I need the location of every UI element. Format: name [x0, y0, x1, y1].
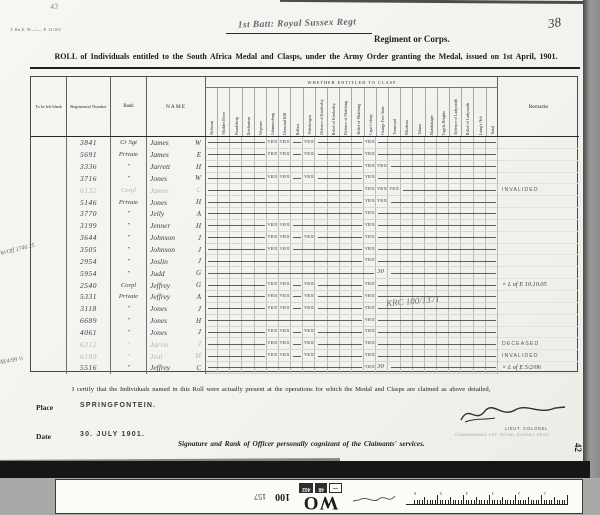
yes-stamp: YES — [267, 306, 277, 311]
regimental-number-cell: 3841 — [67, 137, 111, 149]
clasp-column-header-text: Orange Free State — [380, 106, 385, 135]
regimental-number-cell: 5954 — [67, 267, 111, 279]
ruler-tick — [538, 500, 539, 504]
nil-strike-line — [378, 154, 496, 155]
nil-strike-line — [378, 213, 496, 214]
clasp-cell: YES — [267, 338, 279, 349]
regimental-number-cell: 5516 — [67, 362, 111, 374]
archive-strip-rotated-content: 123456 WO — 48402 100 157 — [56, 480, 582, 513]
clasp-cell: YES — [267, 303, 279, 314]
remark-hand: × L of E 5/2/06 — [502, 364, 541, 371]
remarks-cell — [498, 149, 579, 161]
regimental-number: 6132 — [80, 186, 97, 195]
clasp-column-header: Driefontein — [243, 88, 255, 136]
clasp-cell: YES — [267, 137, 279, 148]
ruler-tick — [455, 500, 456, 504]
clasp-column-header: Defence of Ladysmith — [450, 88, 462, 136]
yes-stamp: YES — [365, 187, 375, 192]
regimental-number: 5331 — [80, 292, 97, 301]
yes-stamp: YES — [365, 140, 375, 145]
yes-stamp: YES — [279, 152, 289, 157]
ruler-tick — [507, 500, 508, 504]
rank-value: Corpl — [121, 187, 136, 194]
nil-strike-line — [293, 308, 301, 309]
surname: Jarvis — [150, 340, 198, 349]
clasp-cell: YES — [267, 244, 279, 255]
surname: Jeffrey — [150, 363, 196, 372]
surname: Joslin — [150, 257, 198, 266]
clasp-column-header: Orange Free State — [377, 88, 389, 136]
rank-cell: " — [111, 267, 147, 279]
ruler-tick — [513, 500, 514, 504]
scan-right-edge — [583, 0, 600, 515]
ruler-tick — [559, 500, 560, 504]
rank-cell: " — [111, 161, 147, 173]
ruler-tick — [520, 500, 521, 504]
clasp-column-header: Relief of Mafeking — [352, 88, 364, 136]
clasp-cell: YES — [364, 196, 376, 207]
nil-strike-line — [391, 367, 497, 368]
rank-value: Corpl — [121, 282, 136, 289]
handwritten-script-mark — [351, 487, 397, 506]
blank-cell — [31, 161, 67, 173]
surname: Jones — [150, 198, 196, 207]
blank-cell — [31, 220, 67, 232]
yes-stamp: YES — [365, 318, 375, 323]
table-row: 6212"JarvisJYESYESYESYESDECEASED — [31, 338, 579, 350]
wo-box-number: 402 — [299, 483, 313, 493]
nil-strike-line — [208, 249, 265, 250]
folio-number: 38 — [547, 14, 563, 32]
ruler-tick — [526, 500, 527, 504]
ruler-tick — [500, 500, 501, 504]
clasp-column-header-text: Natal — [490, 126, 495, 135]
rank-cell: " — [111, 173, 147, 185]
clasp-cell: YES — [364, 208, 376, 219]
initial: H — [196, 317, 205, 325]
nil-strike-line — [208, 178, 265, 179]
name-cell: JonesH — [147, 196, 206, 208]
clasp-column-header-text: Relief of Mafeking — [356, 104, 361, 135]
initial: C — [196, 186, 205, 194]
clasp-column-header: Cape Colony — [365, 88, 377, 136]
clasp-cell: YES — [364, 255, 376, 266]
remark-stamp: DECEASED — [502, 341, 539, 347]
yes-stamp: YES — [304, 329, 314, 334]
ruler-number: 2 — [518, 491, 520, 496]
remarks-cell: INVALIDED — [498, 184, 579, 196]
regiment-underline — [226, 33, 372, 34]
blank-cell — [31, 184, 67, 196]
name-cell: JonesJ — [147, 303, 206, 315]
yes-stamp: YES — [389, 187, 399, 192]
clasp-cell: YES — [364, 350, 376, 361]
rank-value: " — [127, 353, 130, 360]
nil-strike-line — [293, 225, 362, 226]
initial: A — [197, 293, 205, 301]
clasp-grid-cell: YESYESYESYES — [206, 173, 498, 185]
ruler-tick — [427, 500, 428, 504]
regimental-number-cell: 6189 — [67, 350, 111, 362]
clasp-cell: YES — [364, 244, 376, 255]
ruler-tick — [531, 500, 532, 504]
rank-cell: " — [111, 244, 147, 256]
nil-strike-line — [318, 142, 363, 143]
remarks-cell — [498, 220, 579, 232]
surname: Jeffrey — [150, 281, 196, 290]
rank-cell: Private — [111, 196, 147, 208]
name-cell: JonesH — [147, 315, 206, 327]
clasp-cell: YES — [364, 315, 376, 326]
yes-stamp: YES — [279, 306, 289, 311]
clasp-column-header-text: Laing's Nek — [478, 116, 483, 135]
nil-strike-line — [293, 142, 301, 143]
blank-cell — [31, 149, 67, 161]
clasp-cell: YES — [279, 303, 291, 314]
yes-stamp: YES — [304, 235, 314, 240]
yes-stamp: YES — [365, 164, 375, 169]
remarks-cell: × L of E 10.10.05 — [498, 279, 579, 291]
yes-stamp: YES — [304, 353, 314, 358]
yes-stamp: YES — [377, 164, 387, 169]
clasp-column-header-text: Talana — [417, 124, 422, 135]
clasp-cell: YES — [267, 220, 279, 231]
clasp-column-header: Rhodesia — [401, 88, 413, 136]
clasp-column-header: Paardeberg — [230, 88, 242, 136]
clasp-column-header-text: Rhodesia — [404, 120, 409, 135]
clasp-column-header-text: Johannesburg — [270, 113, 275, 135]
nil-strike-line — [378, 320, 496, 321]
clasp-grid-cell: YESYESYESYES — [206, 291, 498, 303]
wo-reference-group: WO — 48402 — [299, 483, 342, 510]
surname: Jarrett — [150, 162, 196, 171]
officer-signature — [455, 398, 570, 426]
remarks-cell — [498, 315, 579, 327]
clasp-cell: YES — [279, 149, 291, 160]
nil-strike-line — [208, 213, 362, 214]
nil-strike-line — [208, 356, 265, 357]
nil-strike-line — [378, 178, 496, 179]
nil-strike-line — [318, 356, 363, 357]
clasp-cell: YES — [303, 303, 315, 314]
ruler-tick — [437, 495, 438, 504]
table-row: 5331PrivateJeffreyAYESYESYESYES — [31, 291, 579, 303]
yes-stamp: YES — [279, 140, 289, 145]
ruler-tick — [430, 500, 431, 504]
nil-strike-line — [293, 178, 301, 179]
initial: J — [198, 328, 205, 336]
remarks-cell — [498, 196, 579, 208]
ruler-tick — [546, 500, 547, 504]
ruler-tick — [528, 498, 529, 505]
rank-value: " — [127, 175, 130, 182]
rank-value: " — [127, 364, 130, 371]
blank-cell — [31, 208, 67, 220]
rank-value: " — [127, 163, 130, 170]
clasp-cell: YES — [279, 291, 291, 302]
ruler-tick — [476, 498, 477, 505]
yes-stamp: YES — [267, 140, 277, 145]
blank-cell — [31, 362, 67, 374]
blank-cell — [31, 267, 67, 279]
nil-strike-line — [208, 190, 362, 191]
yes-stamp: YES — [304, 306, 314, 311]
remarks-cell — [498, 267, 579, 279]
ruler-tick — [463, 495, 464, 504]
ruler-tick — [497, 500, 498, 504]
clasp-column-header-text: Belmont — [209, 121, 214, 135]
clasp-column-header: Relief of Kimberley — [328, 88, 340, 136]
ruler-tick — [494, 500, 495, 504]
clasp-column-header: Natal — [487, 88, 498, 136]
yes-stamp: YES — [267, 175, 277, 180]
printer-code: T. Bn E, W—/—. P. 11/102 — [10, 27, 61, 32]
initial: J — [198, 340, 205, 348]
signature-squiggle — [455, 398, 570, 426]
ruler-tick — [417, 500, 418, 504]
blank-cell — [31, 137, 67, 149]
name-cell: JohnsonJ — [147, 232, 206, 244]
remark-stamp: INVALIDED — [502, 187, 539, 193]
clasp-column-header-text: Defence of Ladysmith — [453, 99, 458, 135]
nil-strike-line — [378, 249, 496, 250]
clasp-grid-cell: YESYES — [206, 196, 498, 208]
initial: E — [197, 151, 205, 159]
nil-strike-line — [318, 154, 363, 155]
blank-cell — [31, 232, 67, 244]
rank-cell: " — [111, 362, 147, 374]
clasp-column-header-text: Tugela Heights — [441, 111, 446, 135]
regimental-number-cell: 3770 — [67, 208, 111, 220]
blank-cell — [31, 173, 67, 185]
surname: Jeal — [150, 352, 195, 361]
yes-stamp: YES — [304, 294, 314, 299]
yes-stamp: YES — [267, 294, 277, 299]
clasp-cell: YES — [376, 161, 388, 172]
regimental-number-cell: 3505 — [67, 244, 111, 256]
rank-value: " — [127, 222, 130, 229]
ruler-tick — [487, 500, 488, 504]
nil-strike-line — [293, 249, 362, 250]
regimental-number: 5954 — [80, 269, 97, 278]
yes-stamp: YES — [377, 187, 387, 192]
rank-value: " — [127, 317, 130, 324]
regimental-number: 3770 — [80, 209, 97, 218]
blank-cell — [31, 244, 67, 256]
regimental-number-cell: 3644 — [67, 232, 111, 244]
name-cell: JeffreyC — [147, 362, 206, 374]
ruler-tick — [471, 500, 472, 504]
initial: J — [198, 305, 205, 313]
clasp-cell: YES — [267, 173, 279, 184]
nil-strike-line — [208, 237, 265, 238]
regimental-number: 3118 — [80, 304, 96, 313]
name-cell: JamesC — [147, 184, 206, 196]
nil-strike-line — [318, 308, 363, 309]
name-cell: JeffreyA — [147, 291, 206, 303]
nil-strike-line — [293, 237, 301, 238]
yes-stamp: YES — [267, 235, 277, 240]
yes-stamp: YES — [279, 282, 289, 287]
yes-stamp: YES — [365, 341, 375, 346]
date-label: Date — [36, 432, 51, 441]
remarks-cell — [498, 137, 579, 149]
remarks-cell — [498, 232, 579, 244]
ruler-tick — [461, 500, 462, 504]
nil-strike-line — [208, 344, 265, 345]
yes-stamp: YES — [365, 235, 375, 240]
regimental-number-cell: 5331 — [67, 291, 111, 303]
clasp-cell: YES — [279, 244, 291, 255]
nil-strike-line — [378, 237, 496, 238]
officer-commanding-stamp: COMMANDING 1ST. ROYAL SUSSEX REGT. — [455, 432, 550, 437]
ruler-tick — [435, 500, 436, 504]
column-header-blank: To be left blank — [31, 77, 67, 136]
ruler-tick — [448, 500, 449, 504]
ruler-tick — [458, 500, 459, 504]
rank-value: " — [127, 270, 130, 277]
blank-cell — [31, 338, 67, 350]
clasp-cell: YES — [279, 338, 291, 349]
rank-cell: Private — [111, 149, 147, 161]
initial: G — [196, 269, 205, 277]
regimental-number-cell: 3199 — [67, 220, 111, 232]
nil-strike-line — [208, 273, 374, 274]
clasp-grid-cell: YESYESYESYES — [206, 149, 498, 161]
wo-box-blank: — — [329, 483, 342, 493]
clasp-cell: YES — [279, 232, 291, 243]
ruler-number: 1 — [544, 491, 546, 496]
yes-stamp: YES — [304, 152, 314, 157]
regimental-number: 4061 — [80, 328, 97, 337]
clasp-cell: YES — [303, 338, 315, 349]
clasp-column-header: Elandslaagte — [426, 88, 438, 136]
regimental-number-cell: 5691 — [67, 149, 111, 161]
ruler-tick — [445, 500, 446, 504]
nil-strike-line — [378, 344, 496, 345]
remark-stamp: INVALIDED — [502, 353, 539, 359]
clasp-cell: YES — [303, 173, 315, 184]
table-row: 6689"JonesHYES — [31, 315, 579, 327]
rank-cell: " — [111, 303, 147, 315]
ruler-tick — [492, 500, 493, 504]
wo-box-number: 48 — [315, 483, 327, 493]
clasp-cell: YES — [303, 291, 315, 302]
table-row: 3505"JohnsonJYESYESYES — [31, 244, 579, 256]
yes-stamp: YES — [267, 341, 277, 346]
surname: Jeffrey — [150, 292, 197, 301]
rank-value: " — [127, 305, 130, 312]
nil-strike-line — [208, 285, 265, 286]
clasp-column-header-text: Relief of Kimberley — [331, 103, 336, 135]
surname: Johnson — [150, 245, 198, 254]
table-row: 5516"JeffreyCYES30× L of E 5/2/06 — [31, 362, 579, 374]
rank-cell: Corpl — [111, 279, 147, 291]
name-cell: JamesE — [147, 149, 206, 161]
yes-stamp: YES — [365, 329, 375, 334]
clasp-cell: YES — [279, 350, 291, 361]
clasp-cell: YES — [364, 184, 376, 195]
clasp-column-header: Laing's Nek — [474, 88, 486, 136]
yes-stamp: YES — [279, 175, 289, 180]
nil-strike-line — [378, 356, 496, 357]
name-cell: JarvisJ — [147, 338, 206, 350]
nil-strike-line — [208, 154, 265, 155]
clasp-column-header: Wittebergen — [304, 88, 316, 136]
rank-cell: " — [111, 350, 147, 362]
medal-roll-table: To be left blank Regimental Number Rank … — [30, 76, 578, 372]
rank-value: Private — [119, 293, 138, 300]
ruler-tick — [554, 498, 555, 505]
rank-cell: " — [111, 338, 147, 350]
nil-strike-line — [293, 332, 301, 333]
yes-stamp: YES — [279, 329, 289, 334]
clasp-column-header: Tugela Heights — [438, 88, 450, 136]
regimental-number: 2954 — [80, 257, 97, 266]
regimental-number: 3199 — [80, 221, 97, 230]
clasp-grid-cell: YESYESYES — [206, 244, 498, 256]
nil-strike-line — [208, 296, 265, 297]
ruler-number: 6 — [414, 491, 416, 496]
ruler-number: 5 — [440, 491, 442, 496]
yes-stamp: YES — [267, 353, 277, 358]
nil-strike-line — [293, 356, 301, 357]
yes-stamp: YES — [267, 329, 277, 334]
clasp-grid-cell: YES30 — [206, 362, 498, 374]
rank-cell: " — [111, 220, 147, 232]
ruler-tick — [510, 500, 511, 504]
initial: G — [196, 281, 205, 289]
remarks-cell — [498, 327, 579, 339]
table-row: 3336"JarrettHYESYES — [31, 161, 579, 173]
nil-strike-line — [208, 332, 265, 333]
nil-strike-line — [208, 367, 362, 368]
clasp-column-header-text: Transvaal — [392, 119, 397, 135]
regimental-number: 3336 — [80, 162, 97, 171]
clasp-column-header-text: Wittebergen — [307, 115, 312, 135]
nil-strike-line — [378, 285, 496, 286]
yes-stamp: YES — [279, 341, 289, 346]
nil-strike-line — [293, 285, 301, 286]
wo-number-boxes: — 48402 — [299, 483, 342, 493]
nil-strike-line — [378, 142, 496, 143]
nil-strike-line — [208, 166, 362, 167]
rank-cell: Cr Sgt — [111, 137, 147, 149]
ruler-tick — [453, 500, 454, 504]
nil-strike-line — [318, 332, 363, 333]
regimental-number-cell: 3336 — [67, 161, 111, 173]
surname: Jenner — [150, 221, 196, 230]
blank-cell — [31, 303, 67, 315]
regimental-number: 3505 — [80, 245, 97, 254]
nil-strike-line — [318, 344, 363, 345]
clasp-cell: YES — [364, 279, 376, 290]
wo-department-code: WO — [303, 494, 339, 510]
remarks-cell: × L of E 5/2/06 — [498, 362, 579, 374]
table-rows: 3841Cr SgtJamesWYESYESYESYES5691PrivateJ… — [31, 136, 579, 373]
regimental-number: 3841 — [80, 138, 97, 147]
nil-strike-line — [293, 344, 301, 345]
ruler-tick — [536, 500, 537, 504]
clasp-cell: YES — [376, 196, 388, 207]
surname: James — [150, 186, 196, 195]
officer-rank-label: LIEUT. COLONEL — [505, 426, 548, 431]
regimental-number: 5146 — [80, 198, 97, 207]
clasp-grid-cell: YESYESYES — [206, 220, 498, 232]
clasp-cell: YES — [303, 279, 315, 290]
rank-cell: Private — [111, 291, 147, 303]
yes-stamp: YES — [267, 152, 277, 157]
